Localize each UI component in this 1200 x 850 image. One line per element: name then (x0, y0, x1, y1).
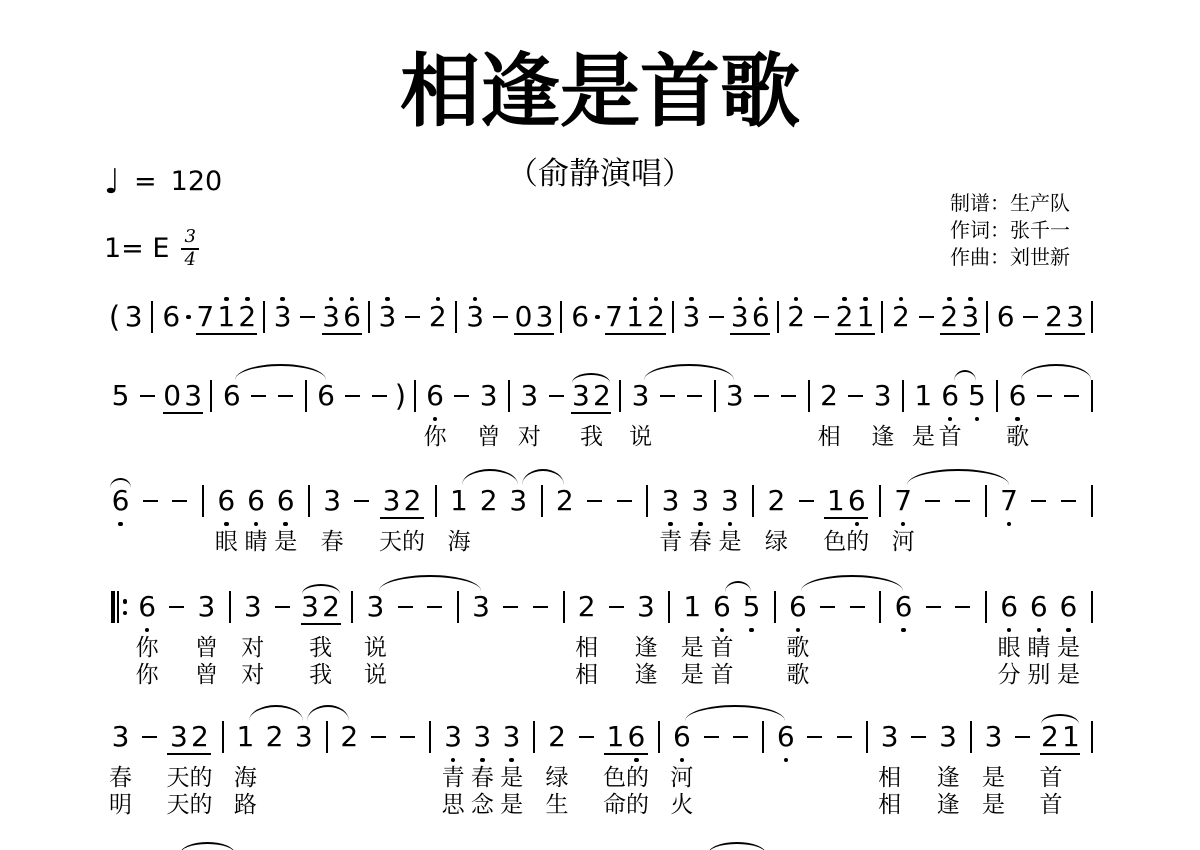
below-slot (750, 336, 771, 345)
eighth-underline (1045, 333, 1085, 335)
note-3: 3 (506, 476, 531, 556)
dash-mark (1026, 486, 1051, 516)
barline-stroke (560, 301, 562, 333)
lyric-syllable: 首 (1039, 765, 1062, 792)
below-slot (138, 516, 163, 520)
below-slot (567, 336, 603, 345)
note-3: 3说说 (363, 582, 388, 689)
below-slot (108, 622, 130, 626)
below-slot (441, 752, 466, 756)
barline-mark (528, 722, 540, 752)
lyric-syllable (1086, 424, 1098, 451)
below-slot (558, 622, 570, 626)
note-number: 5 (739, 592, 764, 622)
below-slot (1056, 520, 1081, 529)
augmentation-dot (595, 315, 600, 320)
note-number: 2 (237, 302, 258, 332)
lyric-syllable (366, 792, 391, 819)
below-slot (381, 520, 402, 529)
note-1: 1 (825, 476, 846, 516)
note-number: 3 (936, 722, 961, 752)
below-slot (897, 411, 909, 415)
below-slot (545, 752, 570, 756)
barline-stroke (1091, 485, 1093, 517)
below-slot (1032, 415, 1057, 424)
note-number: 2 (939, 302, 960, 332)
note-number: 3 (633, 592, 658, 622)
below-slot (641, 520, 653, 529)
note-number: 6 (997, 592, 1022, 622)
note-6: 6 (567, 292, 603, 345)
dash (574, 712, 599, 819)
below-slot (997, 516, 1022, 520)
lyric-syllable (430, 529, 442, 556)
lyric-syllable: 睛 (244, 529, 269, 556)
lyric-syllable (321, 765, 333, 792)
eighth-underline (380, 517, 424, 519)
below-slot (980, 516, 992, 520)
note-number: 6 (423, 381, 448, 411)
below-slot (803, 411, 815, 415)
below-slot (346, 626, 358, 635)
below-slot (273, 415, 298, 424)
below-slot (300, 415, 312, 424)
below-slot (809, 336, 834, 345)
below-slot (108, 411, 133, 415)
below-slot (430, 516, 442, 520)
barline-mark (757, 722, 769, 752)
below-slot (270, 622, 295, 626)
group-lyrics: 色的 (823, 529, 869, 556)
barline-stroke (457, 591, 459, 623)
below-slot (825, 520, 846, 529)
lyric-syllable (965, 765, 977, 792)
barline-mark (614, 381, 626, 411)
note-number: 2 (337, 722, 362, 752)
below-slot (469, 626, 494, 635)
below-slot (237, 336, 258, 345)
dash (914, 292, 939, 345)
below-slot (769, 622, 781, 626)
lyric-syllable: 曾 (194, 635, 219, 662)
dash-mark (137, 722, 162, 752)
barline (653, 712, 665, 819)
note-group: 03 (513, 292, 555, 345)
note-number: 3 (183, 381, 204, 411)
dash-stroke (1064, 395, 1079, 398)
group-lyrics: 首 (1039, 792, 1081, 819)
note-number: 5 (964, 381, 989, 411)
lyric-syllable (861, 765, 873, 792)
note-2: 2相相 (574, 582, 599, 689)
below-slot (1086, 332, 1098, 336)
lyric-syllable (699, 792, 724, 819)
lyric-syllable (197, 529, 209, 556)
barline-stroke (985, 591, 987, 623)
below-slot (233, 756, 258, 765)
below-slot (936, 752, 961, 756)
note-group: 03 (162, 371, 204, 451)
barline (1086, 292, 1098, 345)
lyric-syllable (832, 792, 857, 819)
above-slot (809, 292, 834, 302)
note-7: 7 (997, 476, 1022, 556)
lyric-syllable (1086, 765, 1098, 792)
note-number: 2 (1039, 722, 1060, 752)
note-number: 6 (938, 381, 963, 411)
below-slot (552, 516, 577, 520)
note-3: 3 (121, 292, 146, 345)
octave-dot-low (145, 628, 150, 633)
below-slot (802, 756, 827, 765)
below-slot (729, 332, 771, 336)
below-slot (1086, 622, 1098, 626)
group-octave-dots (166, 756, 212, 765)
below-slot (488, 336, 513, 345)
group-notes: 32 (379, 476, 425, 516)
note-number: 1 (911, 381, 936, 411)
dash-stroke (609, 606, 624, 609)
below-slot (340, 411, 365, 415)
note-6: 6首首 (709, 582, 734, 689)
group-octave-dots (1044, 336, 1086, 345)
barline-stroke (455, 301, 457, 333)
below-slot (446, 520, 471, 529)
dash-stroke (400, 736, 415, 739)
group-octave-dots (300, 626, 342, 635)
lyric-syllable (1026, 529, 1051, 556)
below-slot (570, 411, 612, 415)
dash-mark (802, 722, 827, 752)
eighth-underline (167, 753, 211, 755)
below-slot (709, 622, 734, 626)
lyric-syllable (920, 529, 945, 556)
dash-mark (1056, 486, 1081, 516)
dash (349, 476, 374, 556)
barline (769, 582, 781, 689)
below-slot (240, 626, 265, 635)
below-slot (476, 516, 501, 520)
lyric-syllable: 是 (717, 529, 742, 556)
lyric-syllable: 海 (233, 765, 258, 792)
dash-stroke (354, 500, 369, 503)
dash-mark (776, 381, 801, 411)
barline-stroke (881, 301, 883, 333)
lyric-syllable (773, 792, 798, 819)
group-octave-dots (195, 336, 258, 345)
below-slot (1086, 336, 1098, 345)
below-slot (784, 336, 809, 345)
below-slot (363, 332, 375, 336)
lyric-syllable (108, 635, 130, 662)
note-3: 3春念 (470, 712, 495, 819)
lyric-syllable (747, 529, 759, 556)
lyric-syllable (452, 635, 464, 662)
note-3: 3曾曾 (194, 582, 219, 689)
below-slot (964, 411, 989, 415)
dash (273, 371, 298, 451)
dash-stroke (799, 500, 814, 503)
lyric-syllable (980, 529, 992, 556)
barline-mark (452, 592, 464, 622)
dash (1056, 476, 1081, 556)
below-slot (921, 626, 946, 635)
note-6: 6睛别 (1026, 582, 1051, 689)
lyric-syllable: 色 (823, 529, 846, 556)
music-line: (36712336323036712336221223623 (108, 292, 1098, 345)
below-slot (469, 622, 494, 626)
note-6: 6 (993, 292, 1018, 345)
lyric-syllable (558, 635, 570, 662)
above-slot (749, 371, 774, 381)
lyric-syllable (395, 765, 420, 792)
barline-mark (146, 302, 158, 332)
below-slot (295, 332, 320, 336)
below-slot (476, 415, 501, 424)
below-slot (503, 411, 515, 415)
below-slot (906, 756, 931, 765)
dash (340, 371, 365, 451)
below-slot (159, 336, 195, 345)
lyric-syllable (108, 424, 133, 451)
lyric-syllable (340, 424, 365, 451)
lyric-syllable (164, 635, 189, 662)
below-slot (846, 520, 867, 529)
above-slot (612, 476, 637, 486)
below-slot (614, 411, 626, 415)
note-2: 2 (262, 712, 287, 819)
below-slot (295, 336, 320, 345)
below-slot (605, 756, 626, 765)
barline (224, 582, 236, 689)
below-slot (450, 336, 462, 345)
barline (772, 292, 784, 345)
barline-stroke (151, 301, 153, 333)
below-slot (233, 752, 258, 756)
below-slot (400, 332, 425, 336)
lyric-syllable (663, 662, 675, 689)
dash-stroke (533, 606, 548, 609)
below-slot (273, 516, 298, 520)
lyric-syllable: 曾 (476, 424, 501, 451)
below-slot (244, 520, 269, 529)
below-slot (870, 415, 895, 424)
dash-mark (699, 722, 724, 752)
lyric-syllable: 分 (997, 662, 1022, 689)
above-slot (400, 292, 425, 302)
octave-dot-low (433, 417, 438, 422)
note-number: 2 (552, 486, 577, 516)
below-slot (108, 626, 130, 635)
barline-stroke (619, 380, 621, 412)
lyric-syllable (891, 635, 916, 662)
dash (167, 476, 192, 556)
eighth-underline (730, 333, 770, 335)
below-slot (1060, 756, 1081, 765)
dash (449, 371, 474, 451)
note-1: 1是 (911, 371, 936, 451)
below-slot (108, 756, 133, 765)
dash-mark (544, 381, 569, 411)
below-slot (776, 415, 801, 424)
dash-stroke (142, 736, 157, 739)
dash-mark (246, 381, 271, 411)
below-slot (891, 626, 916, 635)
note-number: 6 (219, 381, 244, 411)
barline (1086, 712, 1098, 819)
lyric-syllable (337, 792, 362, 819)
eighth-underline (940, 333, 980, 335)
lyric-syllable: 首 (1039, 792, 1062, 819)
below-slot (667, 336, 679, 345)
lyric-syllable (582, 529, 607, 556)
below-slot (452, 626, 464, 635)
below-slot (135, 626, 160, 635)
note-number: 6 (846, 486, 867, 516)
lyric-syllable (845, 662, 870, 689)
above-slot (135, 371, 160, 381)
above-slot (921, 582, 946, 592)
note-number: 3 (658, 486, 683, 516)
below-slot (876, 332, 888, 336)
below-slot (262, 752, 287, 756)
note-number: 6 (567, 302, 603, 332)
lyric-syllable (300, 424, 312, 451)
lyric-syllable: 说 (628, 424, 653, 451)
dash-mark (950, 486, 975, 516)
lyric-syllable (528, 662, 553, 689)
below-slot (843, 415, 868, 424)
note-number: 7 (997, 486, 1022, 516)
note-2: 2 (1044, 292, 1065, 332)
barline-mark (450, 302, 462, 332)
lyric-syllable (980, 662, 992, 689)
barline-stroke (563, 591, 565, 623)
below-slot (195, 332, 258, 336)
note-number: 3 (194, 592, 219, 622)
lyric-syllable: 歌 (785, 662, 810, 689)
octave-dot-low (784, 758, 789, 763)
note-3: 3 (463, 292, 488, 345)
below-slot (423, 411, 448, 415)
repeat-dot (123, 599, 128, 604)
dash-mark (135, 381, 160, 411)
below-slot (1056, 626, 1081, 635)
below-slot (815, 626, 840, 635)
note-number: 2 (321, 592, 342, 622)
below-slot (980, 626, 992, 635)
dash-mark (604, 592, 629, 622)
dash-mark (809, 302, 834, 332)
below-slot (393, 626, 418, 635)
note-number: 6 (108, 486, 133, 516)
lyric-syllable: 河 (669, 765, 694, 792)
lyric-syllable (773, 765, 798, 792)
note-number: 3 (960, 302, 981, 332)
below-slot (769, 626, 781, 635)
lyric-syllable (424, 765, 436, 792)
lyric-syllable: 是 (499, 765, 524, 792)
below-slot (320, 520, 345, 529)
lyric-syllable: 我 (300, 635, 342, 662)
note-number: 2 (476, 486, 501, 516)
below-slot (567, 332, 603, 336)
below-slot (628, 415, 653, 424)
below-slot (167, 520, 192, 529)
slur (307, 705, 349, 721)
barline (663, 582, 675, 689)
below-slot (874, 520, 886, 529)
lyric-syllable (1010, 792, 1035, 819)
lyric-syllable (536, 529, 548, 556)
barline (861, 712, 873, 819)
below-slot (582, 516, 607, 520)
dash-mark (367, 381, 392, 411)
barline (980, 582, 992, 689)
octave-dot-low (901, 628, 906, 633)
above-slot (914, 292, 939, 302)
below-slot (320, 516, 345, 520)
lyric-syllable (655, 424, 680, 451)
note-number: 6 (1005, 381, 1030, 411)
music-line: 6你你3曾曾3对对32我我3说说32相相3逢逢1是是6首首56歌歌66眼分6睛别… (108, 582, 1098, 689)
dash-mark (914, 302, 939, 332)
note-number: 3 (291, 722, 316, 752)
lyric-syllable (544, 424, 569, 451)
note-6: 6首 (938, 371, 963, 451)
dash-stroke (704, 736, 719, 739)
note-group: 23 (939, 292, 981, 345)
note-number: 2 (888, 302, 913, 332)
note-0: 0 (513, 292, 534, 332)
note-number: 3 (470, 722, 495, 752)
above-slot (367, 371, 392, 381)
group-notes: 16 (603, 712, 649, 752)
group-octave-dots (834, 336, 876, 345)
below-slot (603, 752, 649, 756)
below-slot (337, 752, 362, 756)
below-slot (614, 415, 626, 424)
below-slot (920, 516, 945, 520)
lyric-syllable (273, 424, 298, 451)
lyric-syllable (802, 792, 827, 819)
lyric-syllable: 的 (846, 529, 869, 556)
note-6: 6歌 (1005, 371, 1030, 451)
below-slot (555, 332, 567, 336)
lyric-syllable (815, 635, 840, 662)
below-slot (506, 516, 531, 520)
barline-mark (874, 592, 886, 622)
note-3: 3是是 (981, 712, 1006, 819)
below-slot (757, 752, 769, 756)
dash (1018, 292, 1043, 345)
below-slot (513, 336, 534, 345)
dash (604, 582, 629, 689)
note-number: 2 (834, 302, 855, 332)
below-slot (794, 520, 819, 529)
below-slot (785, 622, 810, 626)
below-slot (409, 415, 421, 424)
below-slot (981, 752, 1006, 756)
below-slot (877, 752, 902, 756)
barline (146, 292, 158, 345)
lyric-syllable (921, 635, 946, 662)
note-number: 3 (463, 302, 488, 332)
group-octave-dots (162, 415, 204, 424)
barline-stroke (368, 301, 370, 333)
lyric-syllable (722, 424, 747, 451)
below-slot (965, 756, 977, 765)
